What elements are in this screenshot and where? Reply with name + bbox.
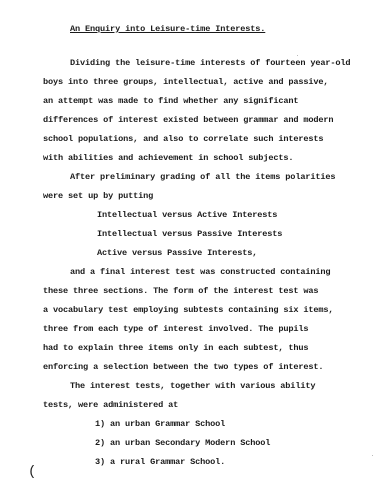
- paragraph-line: boys into three groups, intellectual, ac…: [43, 77, 328, 87]
- paragraph-line: three from each type of interest involve…: [43, 324, 308, 334]
- paragraph-line: were set up by putting: [43, 191, 153, 201]
- document-page: An Enquiry into Leisure-time Interests. …: [0, 0, 384, 480]
- school-list-item: 1) an urban Grammar School: [95, 419, 225, 429]
- paragraph-line: After preliminary grading of all the ite…: [70, 172, 335, 182]
- paragraph-line: school populations, and also to correlat…: [43, 134, 323, 144]
- polarity-item: Active versus Passive Interests,: [97, 248, 257, 258]
- paragraph-line: had to explain three items only in each …: [43, 343, 308, 353]
- paragraph-line: enforcing a selection between the two ty…: [43, 362, 323, 372]
- paragraph-line: The interest tests, together with variou…: [70, 381, 315, 391]
- paragraph-line: Dividing the leisure-time interests of f…: [70, 58, 350, 68]
- paragraph-line: and a final interest test was constructe…: [70, 267, 330, 277]
- school-list-item: 2) an urban Secondary Modern School: [95, 438, 270, 448]
- paragraph-line: with abilities and achievement in school…: [43, 153, 293, 163]
- paragraph-line: these three sections. The form of the in…: [43, 286, 318, 296]
- school-list-item: 3) a rural Grammar School.: [95, 457, 225, 467]
- scan-speck: [372, 455, 373, 456]
- document-title: An Enquiry into Leisure-time Interests.: [70, 24, 265, 34]
- paragraph-line: an attempt was made to find whether any …: [43, 96, 298, 106]
- polarity-item: Intellectual versus Passive Interests: [97, 229, 282, 239]
- paragraph-line: differences of interest existed between …: [43, 115, 333, 125]
- margin-mark: (: [28, 464, 36, 480]
- polarity-item: Intellectual versus Active Interests: [97, 210, 277, 220]
- scan-speck: [297, 55, 298, 56]
- paragraph-line: a vocabulary test employing subtests con…: [43, 305, 333, 315]
- paragraph-line: tests, were administered at: [43, 400, 178, 410]
